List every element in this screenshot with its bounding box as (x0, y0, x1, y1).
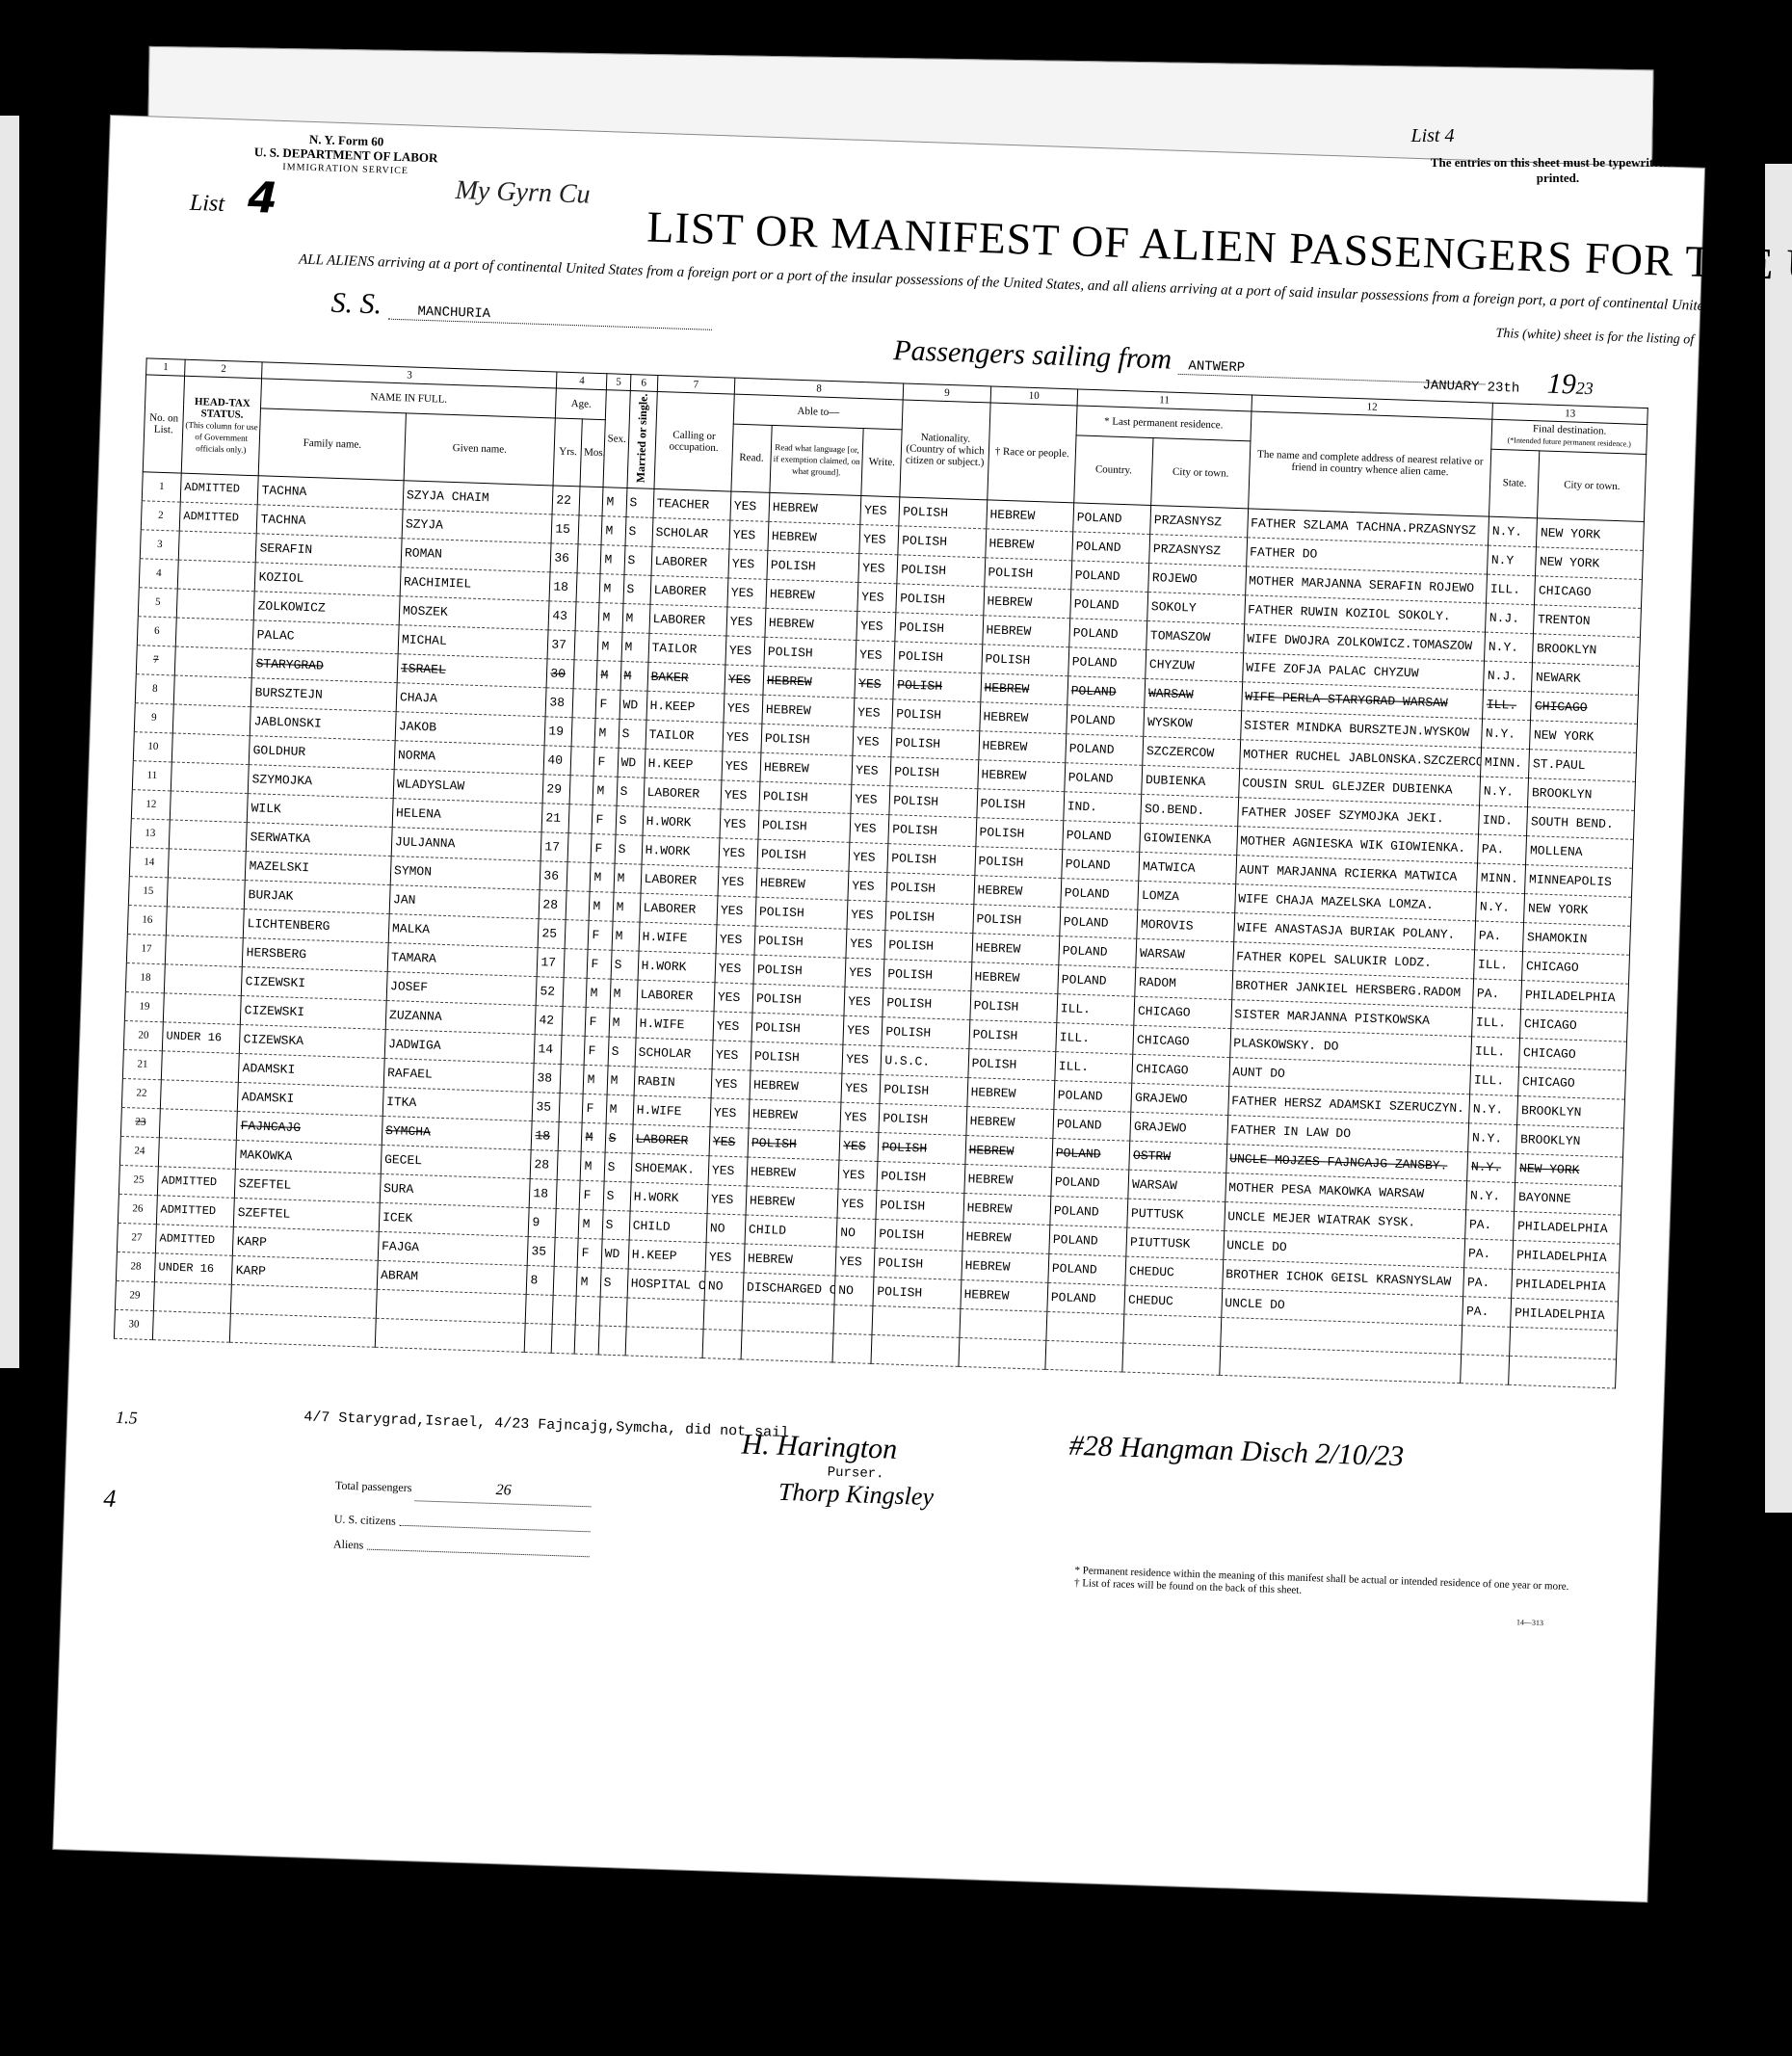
occupation: SCHOLAR (635, 1038, 713, 1069)
age-years: 8 (527, 1265, 555, 1295)
family-name: KOZIOL (255, 563, 401, 596)
age-months (567, 832, 592, 862)
can-read (703, 1300, 743, 1330)
can-read: YES (708, 1155, 748, 1185)
dest-state: PA. (1464, 1239, 1514, 1270)
residence-country: POLAND (1061, 878, 1139, 909)
family-name: CIZEWSKA (240, 1024, 385, 1058)
head-tax-status (173, 675, 251, 707)
age-months (568, 804, 593, 833)
residence-city: DUBIENKA (1142, 765, 1239, 797)
header-given-name: Given name. (404, 413, 556, 486)
sex: M (598, 631, 622, 661)
nationality: POLISH (899, 497, 987, 529)
nationality: POLISH (897, 555, 985, 587)
age-months (552, 1324, 576, 1354)
sex: M (582, 1122, 606, 1152)
residence-country (1046, 1311, 1124, 1343)
residence-city: CHICAGO (1133, 1025, 1230, 1057)
total-passengers-value: 26 (415, 1475, 592, 1507)
residence-city: PIUTTUSK (1126, 1227, 1224, 1259)
dest-state: MINN. (1477, 863, 1526, 894)
marital-status: S (626, 488, 654, 517)
year-prefix: 19 (1546, 368, 1576, 401)
header-sex: Sex. (603, 390, 629, 488)
residence-city: CHYZUW (1146, 649, 1243, 681)
dest-city: TRENTON (1534, 605, 1641, 638)
sex: M (584, 1065, 608, 1094)
header-state: State. (1489, 449, 1540, 518)
age-years: 18 (529, 1178, 557, 1208)
can-read: YES (717, 896, 756, 926)
can-read: NO (706, 1213, 746, 1243)
dest-city: MINNEAPOLIS (1525, 864, 1632, 897)
sex: M (591, 862, 615, 892)
read-language: POLISH (754, 926, 847, 958)
family-name: BURSZTEJN (251, 677, 397, 711)
can-write: YES (839, 1131, 879, 1161)
family-name: WILK (248, 793, 393, 827)
can-read: YES (711, 1068, 751, 1098)
age-months (571, 718, 595, 748)
age-months (563, 1006, 587, 1036)
race: HEBREW (974, 875, 1062, 907)
marital-status: M (609, 1008, 637, 1038)
race: POLISH (982, 645, 1069, 676)
nationality: POLISH (879, 1103, 966, 1135)
row-number: 11 (132, 760, 171, 790)
can-read: YES (716, 925, 755, 955)
residence-country: ILL. (1057, 993, 1135, 1025)
nationality: POLISH (895, 613, 983, 645)
dest-state: N.Y (1488, 545, 1537, 576)
row-number: 4 (139, 559, 178, 589)
row-number: 30 (114, 1309, 153, 1339)
head-tax-status: ADMITTED (156, 1224, 234, 1255)
can-write: NO (836, 1218, 876, 1248)
dest-state: N.Y. (1482, 719, 1531, 750)
can-write: YES (858, 553, 898, 583)
row-number: 26 (118, 1194, 157, 1224)
can-write: YES (841, 1073, 881, 1103)
can-read (702, 1329, 742, 1358)
read-language: HEBREW (760, 752, 853, 784)
row-number: 24 (119, 1136, 159, 1166)
marital-status: S (605, 1123, 633, 1153)
family-name: SERAFIN (256, 534, 402, 567)
sex: F (580, 1180, 604, 1210)
dest-city: PHILADELPHIA (1511, 1298, 1618, 1331)
row-number: 20 (123, 1020, 163, 1050)
row-number: 2 (141, 501, 180, 531)
sex: M (601, 515, 625, 545)
can-read: YES (719, 838, 758, 868)
nationality: POLISH (894, 642, 982, 673)
occupation: SHOEMAK. (631, 1153, 709, 1185)
race: HEBREW (962, 1222, 1050, 1253)
can-read: YES (705, 1242, 745, 1272)
age-years: 14 (534, 1034, 562, 1064)
nationality (872, 1305, 960, 1337)
read-language: POLISH (755, 897, 848, 929)
age-months (567, 890, 591, 920)
row-number: 29 (115, 1280, 154, 1310)
residence-city: WARSAW (1136, 938, 1233, 970)
occupation: H.WIFE (633, 1095, 711, 1127)
age-years: 19 (544, 717, 572, 747)
can-read: YES (728, 549, 768, 579)
race: HEBREW (983, 587, 1070, 619)
nationality: POLISH (890, 756, 978, 788)
head-tax-status (174, 646, 252, 678)
age-years: 9 (528, 1207, 556, 1237)
race: HEBREW (971, 962, 1059, 993)
head-tax-status: ADMITTED (180, 473, 258, 505)
dest-city (1510, 1327, 1617, 1359)
dest-state: ILL. (1470, 1066, 1519, 1096)
can-read: YES (726, 607, 766, 637)
read-language (742, 1302, 834, 1333)
dest-state: N.Y. (1467, 1152, 1516, 1183)
sex: F (583, 1094, 607, 1123)
can-write: YES (844, 987, 883, 1016)
age-years: 21 (541, 804, 569, 833)
residence-country: POLAND (1062, 849, 1140, 881)
race: HEBREW (964, 1164, 1052, 1196)
footnotes: * Permanent residence within the meaning… (1074, 1565, 1569, 1606)
dest-city (1509, 1356, 1616, 1388)
head-tax-status (160, 1080, 238, 1112)
occupation: TEACHER (653, 488, 731, 520)
can-write: NO (834, 1276, 874, 1305)
head-tax-status (171, 762, 249, 794)
can-write: YES (855, 669, 894, 699)
dest-city: SHAMOKIN (1523, 922, 1630, 955)
read-language: POLISH (752, 984, 845, 1015)
row-number: 17 (126, 934, 166, 963)
can-read: YES (718, 867, 757, 897)
age-months (567, 861, 591, 891)
aliens-label: Aliens (333, 1531, 364, 1557)
age-years: 18 (549, 572, 577, 602)
residence-country: ILL. (1056, 1022, 1134, 1054)
age-years: 35 (532, 1092, 560, 1121)
occupation (626, 1298, 704, 1330)
age-months (577, 544, 601, 574)
residence-country: POLAND (1051, 1167, 1129, 1199)
family-name: ADAMSKI (239, 1053, 384, 1087)
can-write: YES (854, 698, 893, 727)
row-number: 14 (129, 847, 169, 877)
row-number: 12 (131, 789, 171, 819)
occupation: LABORER (640, 893, 718, 925)
age-months (556, 1208, 580, 1238)
occupation: SCHOLAR (652, 517, 730, 549)
residence-country: POLAND (1063, 820, 1141, 852)
row-number: 21 (122, 1049, 162, 1079)
can-write: YES (851, 784, 890, 814)
read-language: HEBREW (749, 1099, 841, 1131)
residence-country: POLAND (1048, 1253, 1126, 1285)
residence-country: POLAND (1066, 733, 1144, 765)
dest-state: PA. (1478, 834, 1527, 865)
nationality: POLISH (888, 814, 976, 846)
read-language: HEBREW (766, 579, 858, 611)
residence-country: POLAND (1059, 936, 1137, 967)
family-name: SZEFTEL (234, 1198, 380, 1231)
marital-status: M (612, 921, 640, 951)
age-years: 52 (536, 976, 564, 1006)
age-years: 22 (552, 486, 580, 515)
occupation: H.WORK (630, 1182, 708, 1214)
family-name: CIZEWSKI (242, 966, 387, 1000)
nationality: POLISH (873, 1277, 961, 1308)
residence-city: SO.BEND. (1141, 794, 1238, 826)
head-tax-status (158, 1138, 236, 1170)
age-years: 17 (537, 947, 565, 977)
nationality: POLISH (889, 785, 977, 817)
header-city: City or town. (1151, 437, 1251, 508)
age-years: 36 (540, 860, 567, 890)
nationality: U.S.C. (881, 1045, 968, 1077)
dest-city: ST.PAUL (1529, 749, 1636, 781)
dest-state: ILL. (1483, 690, 1532, 721)
residence-city: GRAJEWO (1130, 1112, 1227, 1144)
can-read: YES (707, 1184, 747, 1214)
marital-status: S (603, 1181, 631, 1211)
head-tax-status (163, 993, 241, 1025)
can-read: YES (709, 1126, 749, 1156)
dest-city: BROOKLYN (1533, 634, 1640, 667)
family-name: PALAC (253, 619, 399, 653)
row-number: 10 (133, 731, 172, 761)
occupation: LABORER (644, 778, 722, 809)
age-months (555, 1237, 579, 1267)
row-number: 15 (128, 876, 168, 906)
read-language: POLISH (759, 781, 852, 813)
residence-city: RADOM (1135, 967, 1232, 999)
col-num-4: 4 (557, 372, 608, 390)
occupation: H.KEEP (628, 1240, 706, 1272)
head-tax-status (153, 1310, 231, 1342)
can-write: YES (842, 1044, 882, 1074)
nationality: POLISH (883, 988, 970, 1019)
nationality: POLISH (884, 930, 972, 962)
sex: F (594, 747, 619, 777)
handwritten-note: My Gyrn Cu (455, 175, 591, 211)
dest-state: N.Y. (1485, 632, 1534, 663)
header-race: † Race or people. (987, 403, 1077, 503)
occupation: H.WORK (643, 806, 721, 838)
marital-status: M (622, 603, 650, 633)
read-language: HEBREW (747, 1157, 839, 1189)
read-language (741, 1331, 833, 1362)
age-months (575, 602, 599, 632)
dest-state: PA. (1465, 1210, 1515, 1241)
can-write: YES (860, 495, 900, 525)
marital-status: M (614, 863, 642, 893)
can-read: NO (704, 1271, 744, 1301)
sailing-label: Passengers sailing from (893, 334, 1173, 376)
residence-country: POLAND (1067, 705, 1145, 737)
residence-city: CHEDUC (1124, 1285, 1222, 1317)
head-tax-status (172, 704, 250, 736)
row-number: 18 (125, 962, 165, 992)
can-read: YES (725, 636, 765, 666)
family-name: SZEFTEL (235, 1169, 381, 1202)
head-tax-status: ADMITTED (158, 1167, 236, 1199)
col-num-5: 5 (607, 374, 631, 391)
age-years: 40 (543, 746, 571, 776)
dest-city: BROOKLYN (1517, 1095, 1624, 1128)
back-sheet-note: The entries on this sheet must be typewr… (1410, 155, 1704, 186)
residence-city (1123, 1314, 1221, 1346)
header-read-language: Read what language [or, if exemption cla… (770, 425, 864, 495)
dest-city: NEWARK (1532, 663, 1639, 696)
residence-city: SOKOLY (1147, 592, 1245, 623)
residence-city: LOMZA (1138, 881, 1235, 912)
marital-status (598, 1326, 626, 1356)
dest-state: PA. (1475, 921, 1524, 952)
read-language: DISCHARGED CHILD (743, 1273, 835, 1305)
age-months (579, 487, 603, 516)
can-write: YES (857, 582, 897, 612)
race: POLISH (975, 846, 1063, 878)
marital-status: M (610, 979, 638, 1009)
marital-status: S (600, 1268, 628, 1298)
residence-city: WARSAW (1128, 1170, 1225, 1201)
marital-status (599, 1297, 627, 1327)
read-language: HEBREW (744, 1244, 836, 1276)
table-body: 1ADMITTEDTACHNASZYJA CHAIM22MSTEACHERYES… (114, 472, 1644, 1388)
sex: F (578, 1238, 602, 1268)
married-label: Married or single. (635, 393, 649, 483)
inspector-signature: Thorp Kingsley (778, 1478, 935, 1512)
head-tax-status (164, 964, 242, 996)
row-number: 16 (127, 905, 167, 935)
marital-status: S (604, 1152, 632, 1182)
nationality: POLISH (898, 526, 986, 558)
dest-state: IND. (1479, 805, 1528, 836)
age-months (576, 573, 600, 603)
family-name: JABLONSKI (250, 706, 396, 740)
header-dest-city: City or town. (1538, 451, 1647, 522)
can-read: YES (720, 809, 759, 839)
row-number: 9 (134, 702, 173, 732)
read-language: POLISH (751, 1041, 843, 1073)
can-write: YES (849, 842, 888, 872)
sailing-field: Passengers sailing from ANTWERP (893, 334, 1487, 386)
read-language: POLISH (764, 637, 856, 669)
marital-status: S (602, 1210, 630, 1240)
residence-city: PRZASNYSZ (1149, 534, 1247, 566)
age-years: 42 (535, 1005, 563, 1035)
dest-city: CHICAGO (1519, 1038, 1626, 1070)
occupation: RABIN (634, 1067, 712, 1098)
read-language: HEBREW (765, 608, 857, 640)
can-write: YES (853, 726, 892, 756)
can-write: YES (838, 1160, 878, 1190)
family-name (231, 1284, 377, 1318)
discharge-annotation: #28 Hangman Disch 2/10/23 (1068, 1430, 1404, 1474)
residence-country: POLAND (1067, 676, 1146, 708)
family-name: KARP (232, 1255, 378, 1289)
family-name: BURJAK (245, 880, 390, 913)
residence-city: GIOWIENKA (1140, 823, 1237, 855)
age-months (560, 1093, 584, 1122)
head-tax-status (171, 733, 250, 765)
residence-city: WARSAW (1145, 678, 1242, 710)
head-tax-status (169, 820, 247, 852)
can-write: YES (847, 900, 886, 930)
race: HEBREW (980, 702, 1067, 734)
residence-city: MATWICA (1139, 852, 1236, 883)
head-tax-status (165, 936, 243, 967)
totals-block: Total passengers26 U. S. citizens Aliens (333, 1473, 596, 1566)
can-write: YES (856, 640, 895, 670)
age-years: 37 (547, 630, 575, 660)
marital-status: S (616, 805, 644, 835)
nationality: POLISH (885, 901, 973, 933)
row-number: 19 (124, 991, 164, 1021)
residence-country: POLAND (1047, 1282, 1125, 1314)
sailing-date: JANUARY 23th (1422, 378, 1519, 396)
residence-country: POLAND (1054, 1080, 1132, 1112)
dest-state: N.Y. (1489, 516, 1538, 547)
margin-note: 1.5 (116, 1408, 138, 1429)
ship-name: MANCHURIA (388, 303, 712, 330)
occupation: H.WORK (642, 835, 720, 867)
back-list-label: List (1410, 125, 1439, 146)
residence-country: POLAND (1065, 762, 1143, 794)
can-write: YES (859, 524, 899, 554)
head-tax-status (178, 531, 256, 563)
dest-state: PA. (1463, 1296, 1512, 1327)
race: HEBREW (981, 673, 1068, 705)
row-number: 1 (142, 472, 181, 502)
family-name: ADAMSKI (238, 1082, 383, 1116)
family-name: TACHNA (257, 505, 403, 539)
sex (575, 1325, 599, 1355)
marital-status: S (611, 950, 639, 980)
dest-city: CHICAGO (1522, 951, 1629, 984)
sex: M (587, 978, 611, 1008)
us-citizens-label: U. S. citizens (333, 1506, 396, 1533)
final-dest-label: Final destination. (1533, 423, 1607, 437)
can-read: YES (727, 578, 767, 608)
marital-status: S (617, 777, 645, 806)
header-yrs: Yrs. (553, 418, 582, 487)
sex: M (595, 718, 619, 748)
family-name: MAZELSKI (246, 851, 391, 884)
age-months (565, 948, 589, 978)
residence-country: POLAND (1073, 503, 1151, 535)
dest-state: PA. (1473, 979, 1522, 1010)
age-months (562, 1035, 586, 1065)
nationality: POLISH (896, 584, 984, 616)
read-language: POLISH (748, 1128, 840, 1160)
nationality: POLISH (874, 1248, 962, 1279)
occupation: LABORER (649, 604, 727, 636)
age-years: 28 (530, 1149, 558, 1179)
head-tax-status (154, 1281, 232, 1313)
family-name: SZYMOJKA (249, 764, 394, 798)
sex: M (590, 891, 614, 921)
header-relative: The name and complete address of nearest… (1248, 411, 1492, 516)
header-country: Country. (1074, 435, 1154, 506)
nationality: POLISH (887, 843, 975, 875)
read-language: POLISH (767, 550, 859, 582)
